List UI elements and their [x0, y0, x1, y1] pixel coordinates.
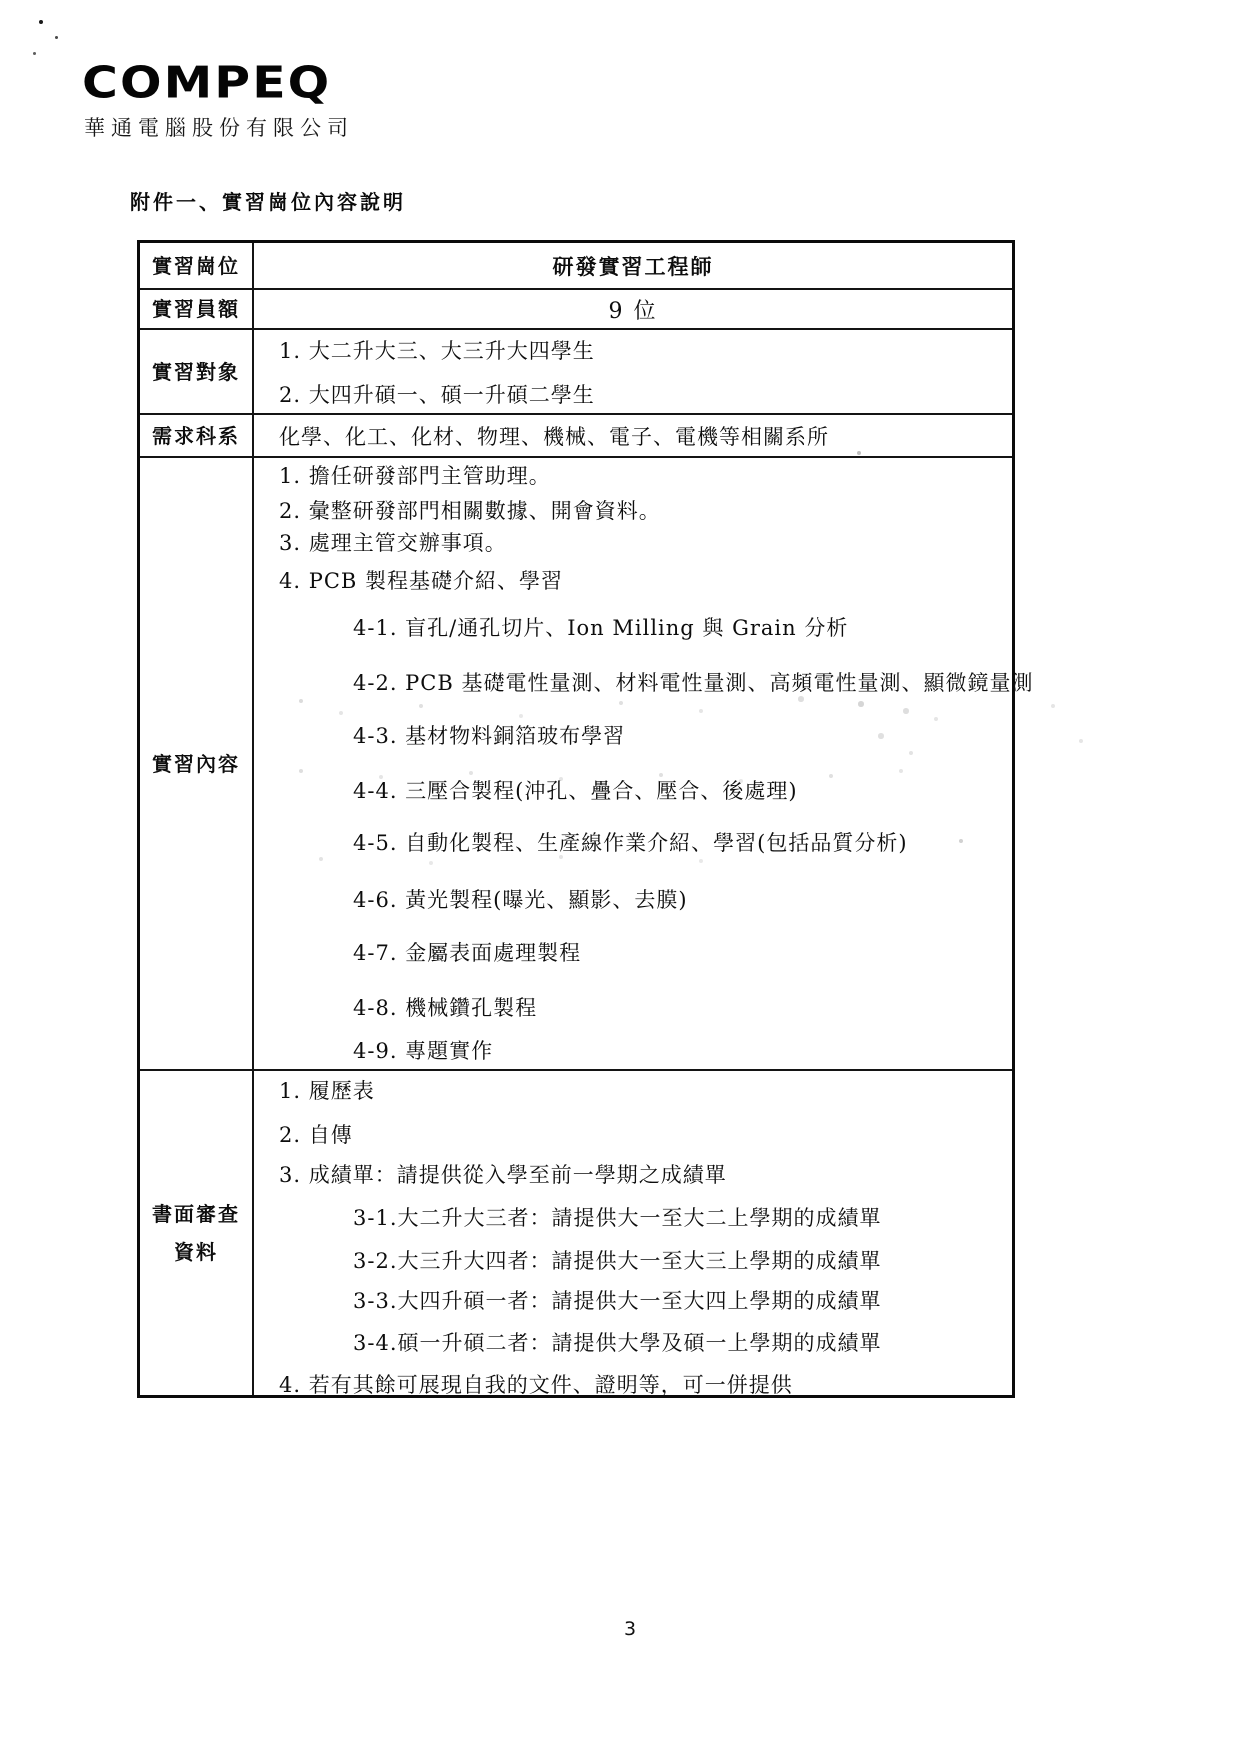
- content-item: 3. 處理主管交辦事項。: [279, 529, 1006, 557]
- row-label-target: 實習對象: [140, 330, 254, 413]
- table-row-quota: 實習員額 9 位: [140, 290, 1012, 330]
- table-row-target: 實習對象 1. 大二升大三、大三升大四學生 2. 大四升碩一、碩一升碩二學生: [140, 330, 1012, 415]
- row-value-position: 研發實習工程師: [254, 243, 1012, 288]
- content-subitem: 4-2. PCB 基礎電性量測、材料電性量測、高頻電性量測、顯微鏡量測: [353, 669, 1006, 697]
- review-item: 4. 若有其餘可展現自我的文件、證明等，可一併提供: [279, 1371, 1006, 1399]
- company-name: 華通電腦股份有限公司: [84, 112, 354, 142]
- departments-value: 化學、化工、化材、物理、機械、電子、電機等相關系所: [254, 421, 829, 451]
- content-subitem: 4-8. 機械鑽孔製程: [353, 994, 1006, 1022]
- target-item: 1. 大二升大三、大三升大四學生: [279, 337, 1006, 365]
- quota-value: 9 位: [254, 290, 1012, 328]
- page-title: 附件一、實習崗位內容說明: [130, 186, 406, 215]
- content-item: 1. 擔任研發部門主管助理。: [279, 462, 1006, 490]
- row-label-departments: 需求科系: [140, 415, 254, 456]
- row-value-content: 1. 擔任研發部門主管助理。 2. 彙整研發部門相關數據、開會資料。 3. 處理…: [254, 458, 1012, 1069]
- review-subitem: 3-2.大三升大四者：請提供大一至大三上學期的成績單: [353, 1247, 1006, 1275]
- content-subitem: 4-4. 三壓合製程(沖孔、疊合、壓合、後處理): [353, 777, 1006, 805]
- content-subitem: 4-9. 專題實作: [353, 1037, 1006, 1065]
- table-row-review: 書面審查 資料 1. 履歷表 2. 自傳 3. 成績單：請提供從入學至前一學期之…: [140, 1071, 1012, 1395]
- content-subitem: 4-1. 盲孔/通孔切片、Ion Milling 與 Grain 分析: [353, 614, 1006, 642]
- content-subitem: 4-5. 自動化製程、生產線作業介紹、學習(包括品質分析): [353, 829, 1006, 857]
- scan-speck: [55, 36, 58, 39]
- row-label-content: 實習內容: [140, 458, 254, 1069]
- row-value-target: 1. 大二升大三、大三升大四學生 2. 大四升碩一、碩一升碩二學生: [254, 330, 1012, 413]
- row-label-review: 書面審查 資料: [140, 1071, 254, 1395]
- review-subitem: 3-1.大二升大三者：請提供大一至大二上學期的成績單: [353, 1204, 1006, 1232]
- scan-speck: [33, 52, 36, 55]
- row-value-departments: 化學、化工、化材、物理、機械、電子、電機等相關系所: [254, 415, 1012, 456]
- row-label-quota: 實習員額: [140, 290, 254, 328]
- content-subitem: 4-3. 基材物料銅箔玻布學習: [353, 722, 1006, 750]
- row-value-quota: 9 位: [254, 290, 1012, 328]
- review-item: 2. 自傳: [279, 1121, 1006, 1149]
- row-label-position: 實習崗位: [140, 243, 254, 288]
- row-value-review: 1. 履歷表 2. 自傳 3. 成績單：請提供從入學至前一學期之成績單 3-1.…: [254, 1071, 1012, 1395]
- page-number: 3: [565, 1618, 695, 1640]
- content-subitem: 4-6. 黃光製程(曝光、顯影、去膜): [353, 886, 1006, 914]
- company-logo: COMPEQ: [82, 58, 331, 109]
- scan-speck: [39, 20, 43, 24]
- content-subitem: 4-7. 金屬表面處理製程: [353, 939, 1006, 967]
- review-subitem: 3-3.大四升碩一者：請提供大一至大四上學期的成績單: [353, 1287, 1006, 1315]
- table-row-position: 實習崗位 研發實習工程師: [140, 243, 1012, 290]
- review-label-line1: 書面審查: [152, 1195, 240, 1233]
- review-subitem: 3-4.碩一升碩二者：請提供大學及碩一上學期的成績單: [353, 1329, 1006, 1357]
- content-item: 4. PCB 製程基礎介紹、學習: [279, 567, 1006, 595]
- review-item: 1. 履歷表: [279, 1077, 1006, 1105]
- review-label-line2: 資料: [174, 1233, 218, 1271]
- scan-noise: [0, 0, 2, 2]
- review-item: 3. 成績單：請提供從入學至前一學期之成績單: [279, 1161, 1006, 1189]
- content-item: 2. 彙整研發部門相關數據、開會資料。: [279, 497, 1006, 525]
- table-row-content: 實習內容 1. 擔任研發部門主管助理。 2. 彙整研發部門相關數據、開會資料。 …: [140, 458, 1012, 1071]
- table-row-departments: 需求科系 化學、化工、化材、物理、機械、電子、電機等相關系所: [140, 415, 1012, 458]
- internship-table: 實習崗位 研發實習工程師 實習員額 9 位 實習對象 1. 大二升大三、大三升大…: [137, 240, 1015, 1398]
- target-item: 2. 大四升碩一、碩一升碩二學生: [279, 381, 1006, 409]
- position-value: 研發實習工程師: [254, 243, 1012, 288]
